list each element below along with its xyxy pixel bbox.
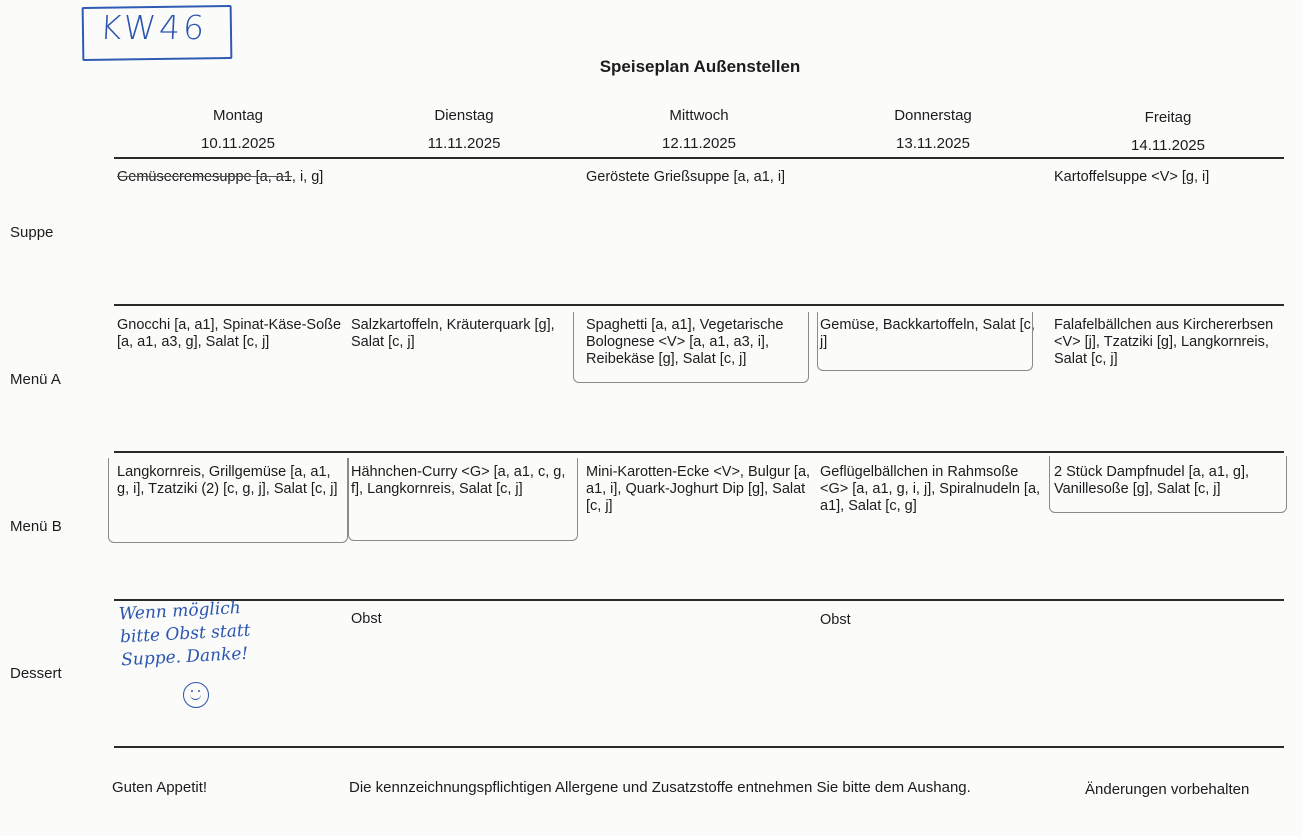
menu-b-thursday: Geflügelbällchen in Rahmsoße <G> [a, a1,… <box>820 464 1048 515</box>
day-name: Freitag <box>1058 104 1278 132</box>
dessert-tuesday: Obst <box>351 611 581 628</box>
footer-center: Die kennzeichnungspflichtigen Allergene … <box>349 779 971 796</box>
day-header-thursday: Donnerstag13.11.2025 <box>823 102 1043 158</box>
divider <box>114 157 1284 159</box>
day-header-friday: Freitag14.11.2025 <box>1058 104 1278 160</box>
pencil-mark <box>348 458 578 541</box>
smiley-icon <box>183 682 209 708</box>
day-date: 13.11.2025 <box>823 130 1043 158</box>
pencil-mark <box>108 458 348 543</box>
day-name: Mittwoch <box>589 102 809 130</box>
handwritten-note: Wenn möglich bitte Obst statt Suppe. Dan… <box>118 597 252 673</box>
day-name: Donnerstag <box>823 102 1043 130</box>
day-header-wednesday: Mittwoch12.11.2025 <box>589 102 809 158</box>
pencil-mark <box>1049 456 1287 513</box>
menu-b-wednesday: Mini-Karotten-Ecke <V>, Bulgur [a, a1, i… <box>586 464 816 515</box>
row-label-suppe: Suppe <box>10 224 53 241</box>
row-label-menu-b: Menü B <box>10 518 62 535</box>
title-text: Speiseplan Außenstellen <box>600 57 801 77</box>
day-header-monday: Montag10.11.2025 <box>128 102 348 158</box>
day-date: 12.11.2025 <box>589 130 809 158</box>
divider <box>114 746 1284 748</box>
footer-right: Änderungen vorbehalten <box>1085 781 1249 798</box>
menu-a-monday: Gnocchi [a, a1], Spinat-Käse-Soße [a, a1… <box>117 317 347 351</box>
row-label-dessert: Dessert <box>10 665 62 682</box>
footer-left: Guten Appetit! <box>112 779 207 796</box>
menu-a-friday: Falafelbällchen aus Kirchererbsen <V> [j… <box>1054 317 1282 368</box>
day-date: 11.11.2025 <box>354 130 574 158</box>
row-label-menu-a: Menü A <box>10 371 61 388</box>
day-date: 14.11.2025 <box>1058 132 1278 160</box>
struck-text: Gemüsecremesuppe [a, a1 <box>117 169 292 185</box>
divider <box>114 451 1284 453</box>
divider <box>114 304 1284 306</box>
suppe-wednesday: Geröstete Grießsuppe [a, a1, i] <box>586 169 816 186</box>
pencil-mark <box>817 312 1033 371</box>
suppe-monday: Gemüsecremesuppe [a, a1, i, g] <box>117 169 342 186</box>
day-header-tuesday: Dienstag11.11.2025 <box>354 102 574 158</box>
dessert-thursday: Obst <box>820 612 1050 629</box>
day-name: Montag <box>128 102 348 130</box>
pencil-mark <box>573 312 809 383</box>
menu-a-tuesday: Salzkartoffeln, Kräuterquark [g], Salat … <box>351 317 581 351</box>
page-title: Speiseplan Außenstellen <box>0 57 1302 77</box>
day-name: Dienstag <box>354 102 574 130</box>
remaining-text: , i, g] <box>292 169 323 185</box>
week-annotation: KW46 <box>99 8 208 47</box>
divider <box>114 599 1284 601</box>
suppe-friday: Kartoffelsuppe <V> [g, i] <box>1054 169 1284 186</box>
day-date: 10.11.2025 <box>128 130 348 158</box>
